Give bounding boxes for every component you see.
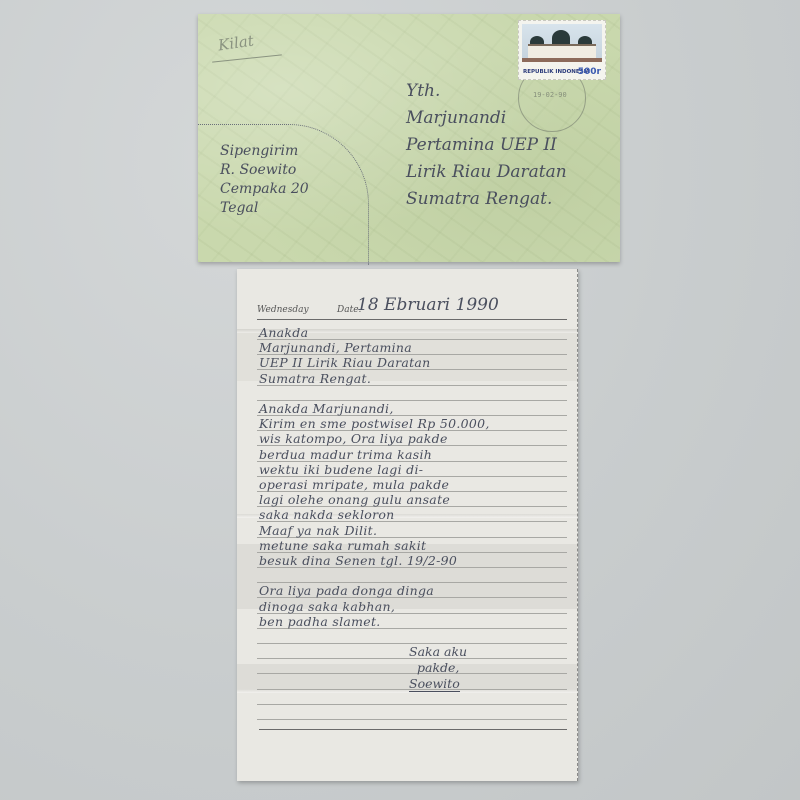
bottom-rule	[259, 729, 567, 730]
stamp-ground	[522, 58, 602, 62]
letter: Wednesday Date. 18 Ebruari 1990 AnakdaMa…	[237, 269, 578, 781]
letter-line: Sumatra Rengat.	[259, 371, 371, 386]
sender-line: R. Soewito	[220, 161, 309, 180]
fold-shade	[237, 664, 577, 689]
letter-line: saka nakda sekloron	[259, 507, 395, 522]
ruled-line	[257, 673, 567, 674]
sender-line: Cempaka 20	[220, 180, 309, 199]
letter-line: Marjunandi, Pertamina	[259, 340, 412, 355]
stamp-image	[522, 24, 602, 62]
letter-line: wektu iki budene lagi di-	[259, 462, 423, 477]
recipient-line: Yth.	[406, 78, 567, 105]
letter-line: Maaf ya nak Dilit.	[259, 523, 377, 538]
recipient-line: Lirik Riau Daratan	[406, 159, 567, 186]
date-value: 18 Ebruari 1990	[357, 295, 499, 315]
letter-line: ben padha slamet.	[259, 614, 381, 629]
weekday-label: Wednesday	[257, 305, 309, 315]
letter-line: besuk dina Senen tgl. 19/2-90	[259, 553, 457, 568]
letter-line: dinoga saka kabhan,	[259, 599, 395, 614]
letter-line: Anakda	[259, 325, 308, 340]
letter-line: lagi olehe onang gulu ansate	[259, 492, 450, 507]
letter-line: operasi mripate, mula pakde	[259, 477, 449, 492]
airmail-underline	[212, 54, 282, 62]
letter-line: metune saka rumah sakit	[259, 538, 426, 553]
envelope: Kilat 19-02-90 REPUBLIK INDONESIA 500r Y…	[198, 14, 620, 262]
sender-line: Tegal	[220, 199, 309, 218]
stamp-value: 500r	[578, 67, 601, 77]
ruled-line	[257, 704, 567, 705]
fold-crease	[237, 689, 577, 693]
signature-line: Saka aku	[409, 644, 467, 659]
letter-line: Kirim en sme postwisel Rp 50.000,	[259, 416, 490, 431]
recipient-address: Yth. Marjunandi Pertamina UEP II Lirik R…	[406, 78, 567, 213]
postage-stamp: REPUBLIK INDONESIA 500r	[518, 20, 606, 80]
recipient-line: Sumatra Rengat.	[406, 186, 567, 213]
sender-address: Sipengirim R. Soewito Cempaka 20 Tegal	[220, 142, 309, 218]
recipient-line: Marjunandi	[406, 105, 567, 132]
airmail-mark: Kilat	[217, 32, 255, 55]
header-rule	[257, 319, 567, 320]
letter-line: Ora liya pada donga dinga	[259, 583, 434, 598]
recipient-line: Pertamina UEP II	[406, 132, 567, 159]
signature-line: pakde,	[417, 660, 459, 675]
letter-line: Anakda Marjunandi,	[259, 401, 394, 416]
signature-line: Soewito	[409, 676, 460, 692]
sender-line: Sipengirim	[220, 142, 309, 161]
letter-line: UEP II Lirik Riau Daratan	[259, 355, 431, 370]
ruled-line	[257, 719, 567, 720]
letter-line: berdua madur trima kasih	[259, 447, 432, 462]
letter-line: wis katompo, Ora liya pakde	[259, 431, 448, 446]
